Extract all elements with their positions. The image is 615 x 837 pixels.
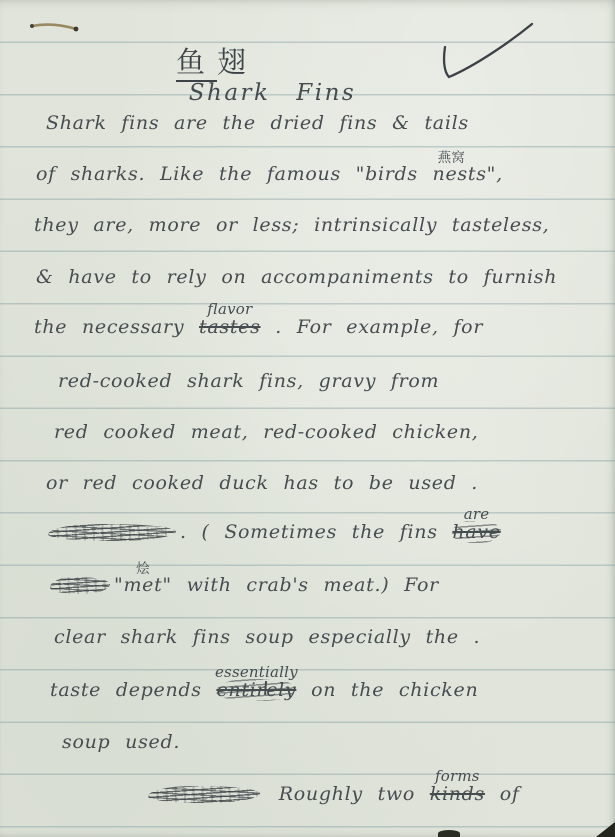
- handwritten-line: soup used.: [62, 731, 180, 753]
- struck-word: tastes: [199, 316, 261, 338]
- line-text: red-cooked shark fins, gravy from: [58, 370, 439, 392]
- handwritten-line: or red cooked duck has to be used .: [46, 472, 478, 494]
- line-text: taste depends: [50, 679, 216, 701]
- line-text: with crab's meat.) For: [172, 574, 439, 596]
- handwritten-line: & have to rely on accompaniments to furn…: [36, 266, 557, 288]
- corrected-word: formskinds: [430, 783, 485, 805]
- inserted-word: forms: [435, 767, 480, 785]
- line-text: or red cooked duck has to be used .: [46, 472, 478, 494]
- handwritten-line: the necessary flavortastes . For example…: [34, 316, 483, 338]
- scribbled-out-text: [148, 786, 260, 803]
- chinese-title: 鱼翅: [176, 40, 258, 81]
- scribbled-out-text: [50, 577, 110, 594]
- corrected-word: flavortastes: [199, 316, 261, 338]
- line-text: & have to rely on accompaniments to furn…: [36, 266, 557, 288]
- handwritten-line: Roughly two formskinds of: [148, 783, 520, 805]
- line-text: red cooked meat, red-cooked chicken,: [54, 421, 479, 443]
- handwritten-line: . ( Sometimes the fins arehave: [48, 521, 501, 543]
- handwritten-line: Shark fins are the dried fins & tails: [46, 112, 469, 134]
- chinese-annotation: 燕窝: [438, 146, 465, 166]
- struck-word: kinds: [430, 783, 485, 805]
- struck-word: entirely: [216, 679, 296, 701]
- handwritten-line: taste depends essentiallyentirely on the…: [50, 679, 478, 701]
- line-text: . ( Sometimes the fins: [180, 521, 452, 543]
- line-text: Shark fins are the dried fins & tails: [46, 112, 469, 134]
- corrected-word: arehave: [452, 521, 500, 543]
- handwritten-line: red-cooked shark fins, gravy from: [58, 370, 439, 392]
- line-text: soup used.: [62, 731, 180, 753]
- line-text: Roughly two: [264, 783, 430, 805]
- chinese-annotation: 烩: [136, 557, 150, 577]
- line-text: of sharks. Like the famous: [36, 163, 356, 185]
- scribbled-out-text: [48, 524, 176, 541]
- line-text: . For example, for: [261, 316, 484, 338]
- corner-smudge: [596, 822, 615, 837]
- struck-word: have: [452, 521, 500, 543]
- handwritten-line: of sharks. Like the famous 燕窝"birds nest…: [36, 163, 503, 185]
- page-title: Shark Fins: [0, 80, 615, 106]
- line-text: "birds nests",: [356, 163, 503, 185]
- inserted-word: flavor: [207, 300, 252, 318]
- inserted-word: are: [464, 505, 490, 523]
- line-text: clear shark fins soup especially the .: [54, 626, 480, 648]
- line-text: on the chicken: [296, 679, 478, 701]
- handwritten-line: they are, more or less; intrinsically ta…: [34, 214, 549, 236]
- line-text: of: [485, 783, 520, 805]
- line-text: the necessary: [34, 316, 199, 338]
- staple-mark: [28, 16, 86, 38]
- manuscript-page: 鱼翅 Shark Fins Shark fins are the dried f…: [0, 0, 615, 837]
- handwritten-line: clear shark fins soup especially the .: [54, 626, 480, 648]
- annotated-phrase: 烩"met": [114, 574, 172, 596]
- inserted-word: essentially: [215, 663, 298, 681]
- annotated-phrase: 燕窝"birds nests",: [356, 163, 503, 185]
- chinese-char-underlined: 鱼: [176, 45, 217, 82]
- chinese-char: 翅: [217, 45, 258, 79]
- line-text: "met": [114, 574, 172, 596]
- handwritten-line: 烩"met" with crab's meat.) For: [50, 574, 439, 596]
- bottom-edge-smudge: [438, 830, 460, 837]
- corrected-word: essentiallyentirely: [216, 679, 296, 701]
- line-text: they are, more or less; intrinsically ta…: [34, 214, 549, 236]
- handwritten-line: red cooked meat, red-cooked chicken,: [54, 421, 479, 443]
